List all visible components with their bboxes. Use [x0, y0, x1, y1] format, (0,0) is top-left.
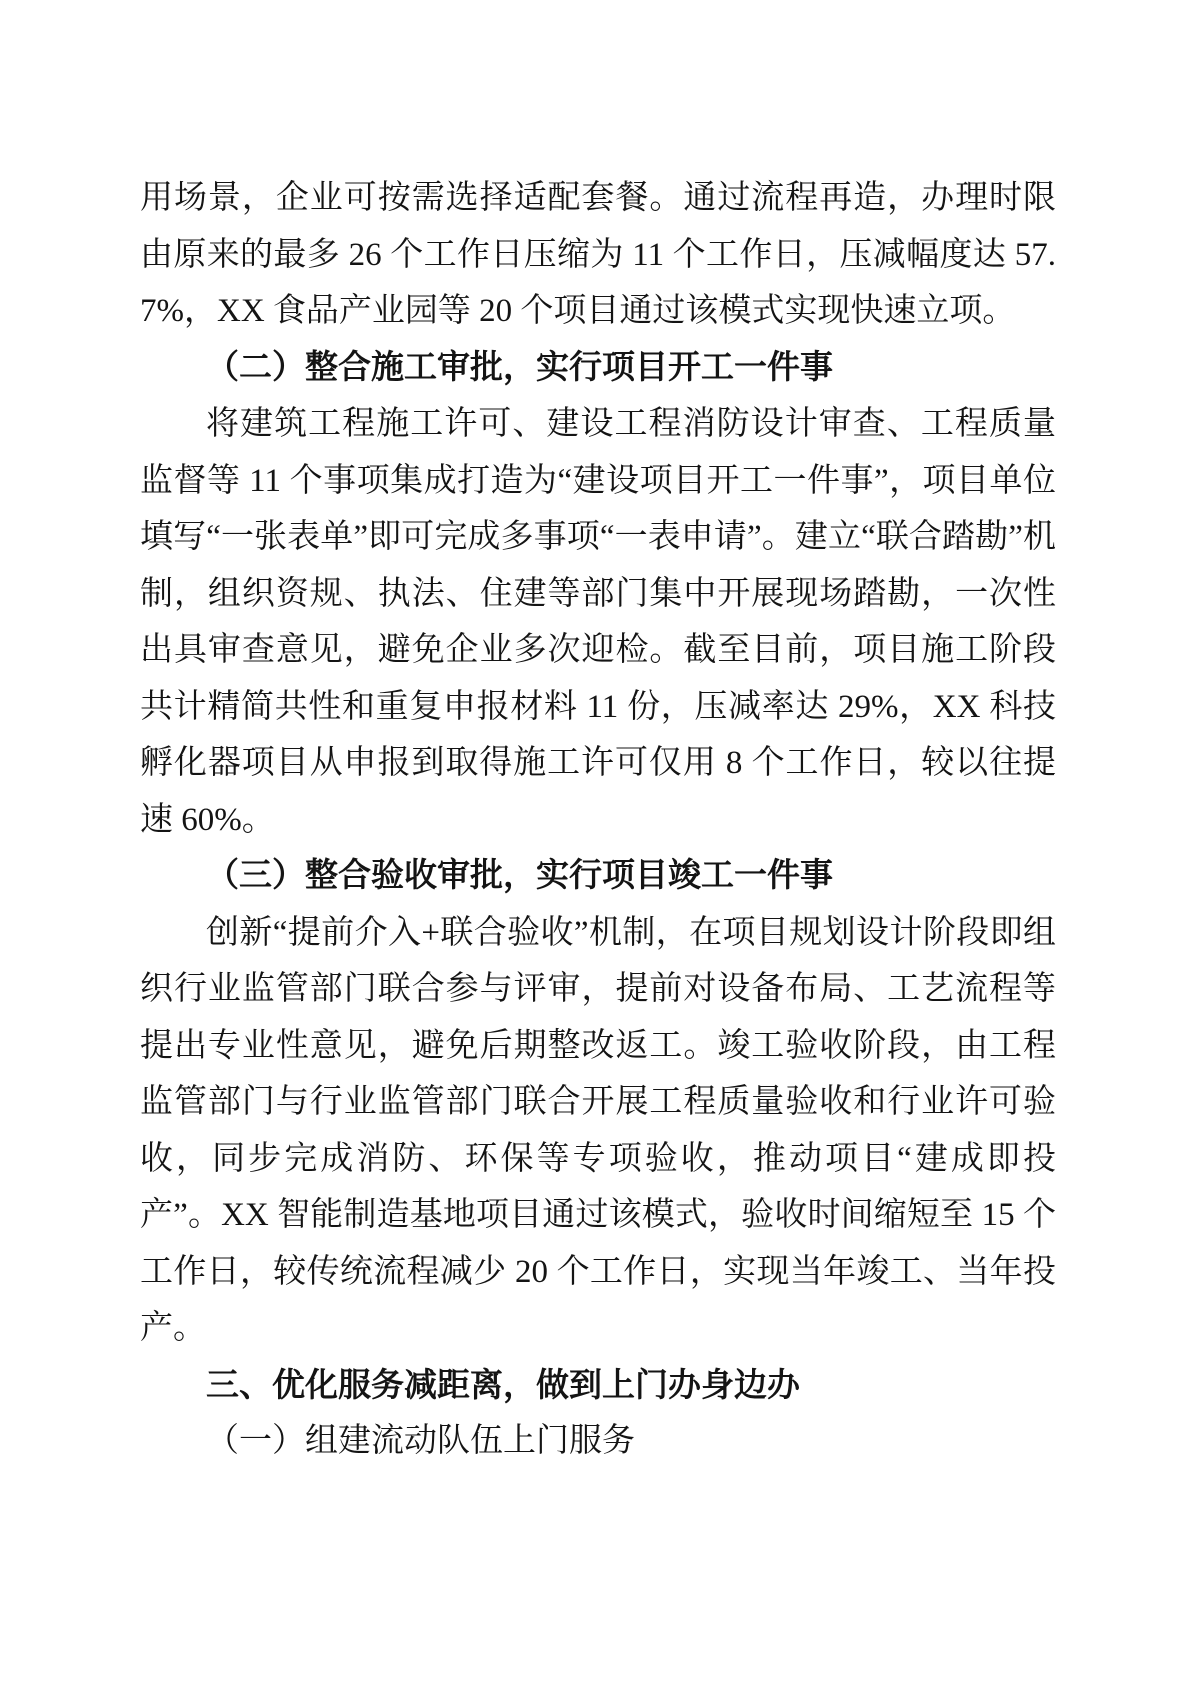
subheading-section-2-item-2: （二）整合施工审批，实行项目开工一件事 [140, 340, 1056, 397]
paragraph-construction-approval: 将建筑工程施工许可、建设工程消防设计审查、工程质量监督等 11 个事项集成打造为… [140, 396, 1056, 848]
subheading-section-3-item-1: （一）组建流动队伍上门服务 [140, 1413, 1056, 1470]
subheading-section-2-item-3: （三）整合验收审批，实行项目竣工一件事 [140, 848, 1056, 905]
paragraph-continued: 用场景，企业可按需选择适配套餐。通过流程再造，办理时限由原来的最多 26 个工作… [140, 170, 1056, 340]
paragraph-acceptance-approval: 创新“提前介入+联合验收”机制，在项目规划设计阶段即组织行业监管部门联合参与评审… [140, 905, 1056, 1357]
section-heading-3: 三、优化服务减距离，做到上门办身边办 [140, 1357, 1056, 1414]
document-page: 用场景，企业可按需选择适配套餐。通过流程再造，办理时限由原来的最多 26 个工作… [0, 0, 1190, 1683]
